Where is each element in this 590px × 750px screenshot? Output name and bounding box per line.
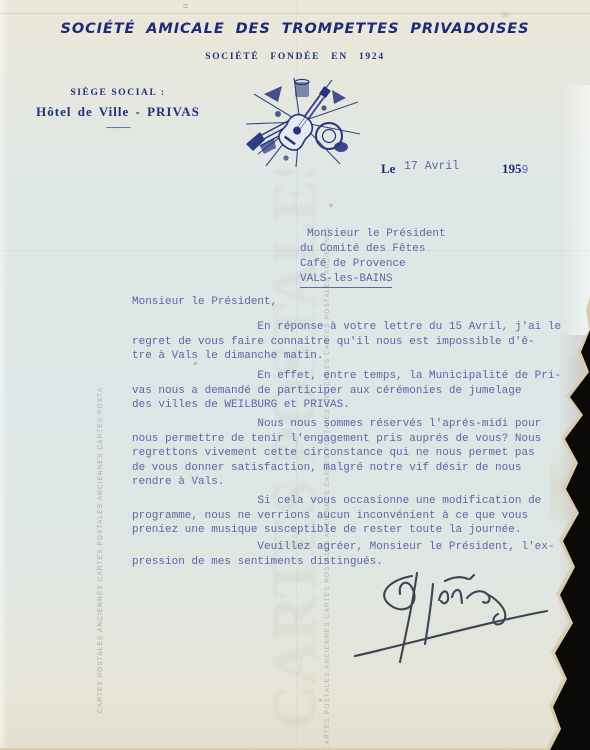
siege-social-address: Hôtel de Ville - PRIVAS	[18, 104, 218, 120]
watermark-strip-left: CARTES POSTALES ANCIENNES CARTES POSTALE…	[97, 388, 104, 713]
siege-social-label: SIÈGE SOCIAL :	[18, 88, 218, 98]
body-paragraph-2: En effet, entre temps, la Municipalité d…	[132, 369, 561, 413]
recipient-line: du Comité des Fêtes	[300, 242, 446, 257]
society-title: SOCIÉTÉ AMICALE DES TROMPETTES PRIVADOIS…	[0, 21, 590, 37]
date-printed-prefix: Le	[381, 161, 395, 177]
closing-formula: Veuillez agréer, Monsieur le Président, …	[132, 540, 554, 569]
flourish-squiggle: ~~~~~	[18, 123, 218, 134]
stain-spot	[318, 698, 323, 702]
paper-left-edge-highlight	[0, 0, 8, 750]
salutation: Monsieur le Président,	[132, 295, 277, 310]
scan-background: CARTES POSTALES CARTES POSTALES ANCIENNE…	[0, 0, 590, 750]
recipient-line: Café de Provence	[300, 257, 446, 272]
body-paragraph-4: Si cela vous occasionne une modification…	[132, 494, 541, 538]
date-typed-value: 17 Avril	[404, 160, 459, 173]
pencil-mark: =	[183, 1, 188, 11]
society-founded-line: SOCIÉTÉ FONDÉE EN 1924	[0, 52, 590, 62]
stain-spot	[328, 203, 334, 208]
musical-instruments-emblem-icon	[236, 74, 366, 170]
date-typed-digit: 9	[522, 164, 529, 177]
stain-discoloration	[550, 430, 574, 550]
recipient-line: Monsieur le Président	[300, 227, 446, 242]
body-paragraph-1: En réponse à votre lettre du 15 Avril, j…	[132, 320, 561, 364]
paper-right-edge-highlight	[562, 85, 590, 355]
stain-spot	[497, 11, 513, 18]
body-paragraph-3: Nous nous sommes réservés l'aprés-midi p…	[132, 417, 541, 490]
handwritten-signature	[348, 570, 560, 674]
recipient-city-underlined: VALS-les-BAINS	[300, 272, 392, 288]
recipient-address-block: Monsieur le Président du Comité des Fête…	[300, 227, 446, 288]
date-printed-year: 195	[502, 161, 522, 176]
siege-social-block: SIÈGE SOCIAL : Hôtel de Ville - PRIVAS ~…	[18, 88, 218, 134]
date-year: 1959	[502, 161, 528, 177]
letter-paper: CARTES POSTALES CARTES POSTALES ANCIENNE…	[0, 0, 590, 750]
